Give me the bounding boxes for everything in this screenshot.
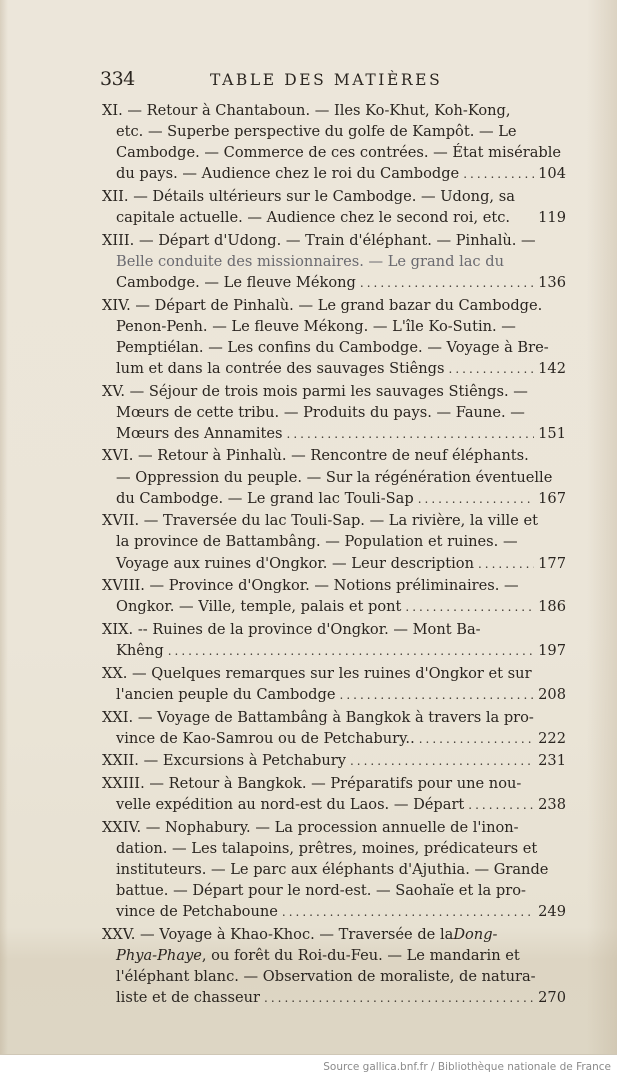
toc-page-number: 238 — [538, 794, 566, 815]
toc-page-number: 208 — [538, 684, 566, 705]
toc-entry-xii: XII. — Détails ultérieurs sur le Cambodg… — [102, 186, 566, 228]
table-of-contents: XI. — Retour à Chantaboun. — Iles Ko-Khu… — [102, 100, 566, 1010]
toc-line: XVII. — Traversée du lac Touli-Sap. — La… — [102, 510, 566, 531]
leader-dots — [478, 554, 534, 575]
toc-line: — Oppression du peuple. — Sur la régénér… — [102, 467, 566, 488]
toc-line: XX. — Quelques remarques sur les ruines … — [102, 663, 566, 684]
toc-line-last: du pays. — Audience chez le roi du Cambo… — [102, 163, 566, 184]
toc-entry-xiii: XIII. — Départ d'Udong. — Train d'élépha… — [102, 230, 566, 293]
leader-dots — [287, 424, 535, 445]
toc-line: XV. — Séjour de trois mois parmi les sau… — [102, 381, 566, 402]
leader-dots — [282, 902, 534, 923]
toc-entry-xxiii: XXIII. — Retour à Bangkok. — Préparatifs… — [102, 773, 566, 815]
toc-line-last: capitale actuelle. — Audience chez le se… — [102, 207, 566, 228]
toc-entry-xviii: XVIII. — Province d'Ongkor. — Notions pr… — [102, 575, 566, 617]
toc-page-number: 186 — [538, 596, 566, 617]
toc-entry-xvi: XVI. — Retour à Pinhalù. — Rencontre de … — [102, 445, 566, 508]
toc-entry-xxiv: XXIV. — Nophabury. — La procession annue… — [102, 817, 566, 922]
leader-dots — [264, 988, 534, 1009]
xxv-line-2: , ou forêt du Roi-du-Feu. — Le mandarin … — [202, 945, 520, 966]
leader-dots — [340, 685, 535, 706]
leader-dots — [350, 751, 534, 772]
italic-text: Phya-Phaye — [116, 945, 202, 966]
page-number: 334 — [100, 68, 135, 90]
toc-line: Mœurs de cette tribu. — Produits du pays… — [102, 402, 566, 423]
leader-dots — [468, 795, 534, 816]
toc-line-last: liste et de chasseur270 — [102, 987, 566, 1008]
toc-line: XVI. — Retour à Pinhalù. — Rencontre de … — [102, 445, 566, 466]
toc-line: Pemptiélan. — Les confins du Cambodge. —… — [102, 337, 566, 358]
leader-dots — [463, 164, 534, 185]
italic-text: Dong- — [453, 924, 497, 945]
toc-page-number: 197 — [538, 640, 566, 661]
toc-page-number: 222 — [538, 728, 566, 749]
toc-page-number: 151 — [538, 423, 566, 444]
toc-page-number: 119 — [538, 207, 566, 228]
toc-page-number: 270 — [538, 987, 566, 1008]
toc-entry-xix: XIX. -- Ruines de la province d'Ongkor. … — [102, 619, 566, 661]
toc-line-last: Khêng197 — [102, 640, 566, 661]
leader-dots — [360, 273, 534, 294]
leader-dots — [419, 729, 534, 750]
leader-dots — [449, 359, 535, 380]
toc-line: XXI. — Voyage de Battambâng à Bangkok à … — [102, 707, 566, 728]
toc-line: XVIII. — Province d'Ongkor. — Notions pr… — [102, 575, 566, 596]
toc-page-number: 231 — [538, 750, 566, 771]
toc-line: XIX. -- Ruines de la province d'Ongkor. … — [102, 619, 566, 640]
toc-line: Cambodge. — Commerce de ces contrées. — … — [102, 142, 566, 163]
leader-dots — [418, 489, 534, 510]
toc-line-last: XXII. — Excursions à Petchabury231 — [102, 750, 566, 771]
toc-entry-xxi: XXI. — Voyage de Battambâng à Bangkok à … — [102, 707, 566, 749]
toc-line-last: Voyage aux ruines d'Ongkor. — Leur descr… — [102, 553, 566, 574]
toc-entry-xv: XV. — Séjour de trois mois parmi les sau… — [102, 381, 566, 444]
toc-line: XIII. — Départ d'Udong. — Train d'élépha… — [102, 230, 566, 251]
leader-dots — [405, 597, 534, 618]
toc-line: l'éléphant blanc. — Observation de moral… — [102, 966, 566, 987]
toc-line-last: vince de Kao-Samrou ou de Petchabury..22… — [102, 728, 566, 749]
toc-line: XXV. — Voyage à Khao-Khoc. — Traversée d… — [102, 924, 566, 945]
running-title: TABLE DES MATIÈRES — [210, 71, 442, 89]
toc-line-last: du Cambodge. — Le grand lac Touli-Sap167 — [102, 488, 566, 509]
toc-line: XI. — Retour à Chantaboun. — Iles Ko-Khu… — [102, 100, 566, 121]
toc-line: Belle conduite des missionnaires. — Le g… — [102, 251, 566, 272]
toc-line: XXIII. — Retour à Bangkok. — Préparatifs… — [102, 773, 566, 794]
toc-line: etc. — Superbe perspective du golfe de K… — [102, 121, 566, 142]
toc-entry-xx: XX. — Quelques remarques sur les ruines … — [102, 663, 566, 705]
toc-entry-xxii: XXII. — Excursions à Petchabury231 — [102, 750, 566, 771]
toc-entry-xvii: XVII. — Traversée du lac Touli-Sap. — La… — [102, 510, 566, 573]
toc-line: battue. — Départ pour le nord-est. — Sao… — [102, 880, 566, 901]
toc-line-last: vince de Petchaboune249 — [102, 901, 566, 922]
toc-line-last: velle expédition au nord-est du Laos. — … — [102, 794, 566, 815]
toc-entry-xxv: XXV. — Voyage à Khao-Khoc. — Traversée d… — [102, 924, 566, 1008]
toc-line: XXIV. — Nophabury. — La procession annue… — [102, 817, 566, 838]
toc-line-last: lum et dans la contrée des sauvages Stiê… — [102, 358, 566, 379]
toc-line-last: Ongkor. — Ville, temple, palais et pont1… — [102, 596, 566, 617]
toc-entry-xi: XI. — Retour à Chantaboun. — Iles Ko-Khu… — [102, 100, 566, 184]
toc-line: Penon-Penh. — Le fleuve Mékong. — L'île … — [102, 316, 566, 337]
toc-line: XII. — Détails ultérieurs sur le Cambodg… — [102, 186, 566, 207]
page-header: 334 TABLE DES MATIÈRES — [100, 68, 570, 94]
toc-line: instituteurs. — Le parc aux éléphants d'… — [102, 859, 566, 880]
toc-page-number: 249 — [538, 901, 566, 922]
toc-page-number: 167 — [538, 488, 566, 509]
toc-line-last: Mœurs des Annamites151 — [102, 423, 566, 444]
scanned-book-page: 334 TABLE DES MATIÈRES XI. — Retour à Ch… — [0, 0, 617, 1055]
toc-line: la province de Battambâng. — Population … — [102, 531, 566, 552]
toc-page-number: 142 — [538, 358, 566, 379]
toc-line: Phya-Phaye, ou forêt du Roi-du-Feu. — Le… — [102, 945, 566, 966]
toc-line: XIV. — Départ de Pinhalù. — Le grand baz… — [102, 295, 566, 316]
toc-line-last: Cambodge. — Le fleuve Mékong136 — [102, 272, 566, 293]
toc-line: dation. — Les talapoins, prêtres, moines… — [102, 838, 566, 859]
toc-page-number: 177 — [538, 553, 566, 574]
source-credit: Source gallica.bnf.fr / Bibliothèque nat… — [323, 1061, 611, 1073]
toc-line-last: l'ancien peuple du Cambodge208 — [102, 684, 566, 705]
toc-entry-xiv: XIV. — Départ de Pinhalù. — Le grand baz… — [102, 295, 566, 379]
toc-page-number: 104 — [538, 163, 566, 184]
toc-page-number: 136 — [538, 272, 566, 293]
leader-dots — [168, 641, 534, 662]
